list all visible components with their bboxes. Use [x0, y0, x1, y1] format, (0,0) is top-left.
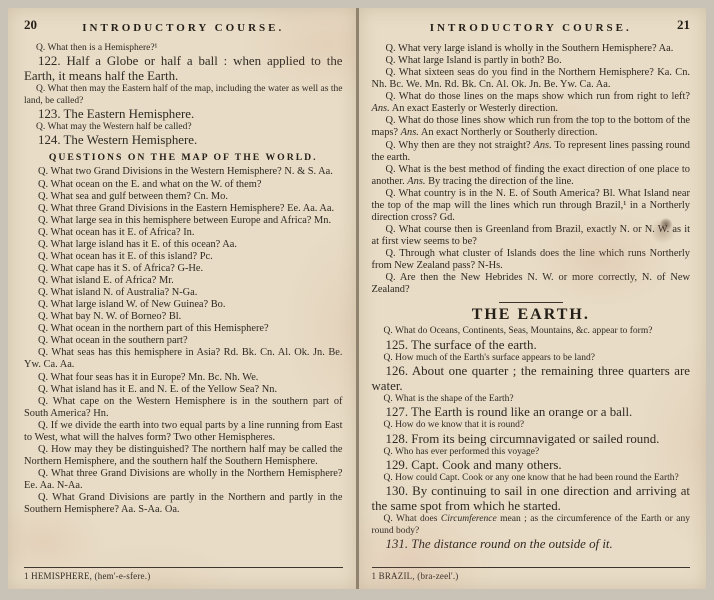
question: Q. What seas has this hemisphere in Asia…	[24, 347, 343, 371]
question: Q. What is the best method of finding th…	[372, 164, 691, 188]
answer: 127. The Earth is round like an orange o…	[372, 405, 691, 420]
question-small: Q. What do Oceans, Continents, Seas, Mou…	[372, 326, 691, 337]
question: Q. What three Grand Divisions are wholly…	[24, 468, 343, 492]
book-scan: 20 INTRODUCTORY COURSE. Q. What then is …	[0, 0, 714, 600]
question: Q. How may they be distinguished? The no…	[24, 444, 343, 468]
divider	[499, 302, 563, 303]
page-right: INTRODUCTORY COURSE. 21 Q. What very lar…	[359, 8, 707, 589]
question: Q. What three Grand Divisions in the Eas…	[24, 203, 343, 215]
footnote: 1 BRAZIL, (bra-zeel'.)	[372, 567, 691, 581]
question-small: Q. How do we know that it is round?	[372, 420, 691, 431]
page-left: 20 INTRODUCTORY COURSE. Q. What then is …	[8, 8, 356, 589]
question-small: Q. Who has ever performed this voyage?	[372, 447, 691, 458]
question: Q. What four seas has it in Europe? Mn. …	[24, 372, 343, 384]
question: Q. What island N. of Australia? N-Ga.	[24, 287, 343, 299]
question: Q. What large sea in this hemisphere bet…	[24, 215, 343, 227]
page-body: Q. What very large island is wholly in t…	[372, 43, 691, 581]
question: Q. What ocean has it E. of this island? …	[24, 251, 343, 263]
question: Q. What large Island is partly in both? …	[372, 55, 691, 67]
answer: 130. By continuing to sail in one direct…	[372, 484, 691, 514]
question: Q. What bay N. W. of Borneo? Bl.	[24, 311, 343, 323]
question: Q. What Grand Divisions are partly in th…	[24, 492, 343, 516]
question-small: Q. How could Capt. Cook or any one know …	[372, 473, 691, 484]
question-small: Q. What then is a Hemisphere?¹	[24, 43, 343, 54]
question: Q. What very large island is wholly in t…	[372, 43, 691, 55]
question-small: Q. What may the Western half be called?	[24, 122, 343, 133]
question: Q. What island E. of Africa? Mr.	[24, 275, 343, 287]
footnote: 1 HEMISPHERE, (hem'-e-sfere.)	[24, 567, 343, 581]
answer: 129. Capt. Cook and many others.	[372, 458, 691, 473]
answer: 123. The Eastern Hemisphere.	[24, 107, 343, 122]
question: Q. What do those lines show which run fr…	[372, 115, 691, 139]
page-number: 21	[677, 17, 690, 33]
answer: 126. About one quarter ; the remaining t…	[372, 364, 691, 394]
question: Q. Why then are they not straight? Ans. …	[372, 140, 691, 164]
page-body: Q. What then is a Hemisphere?¹122. Half …	[24, 43, 343, 581]
section-heading: QUESTIONS ON THE MAP OF THE WORLD.	[24, 152, 343, 163]
question: Q. Are then the New Hebrides N. W. or mo…	[372, 272, 691, 296]
question-small: Q. What then may the Eastern half of the…	[24, 84, 343, 107]
page-number: 20	[24, 17, 37, 33]
running-head: INTRODUCTORY COURSE.	[82, 22, 284, 34]
question: Q. What sea and gulf between them? Cn. M…	[24, 191, 343, 203]
question: Q. What ocean on the E. and what on the …	[24, 179, 343, 191]
question: Q. What course then is Greenland from Br…	[372, 224, 691, 248]
question: Q. What cape has it S. of Africa? G-He.	[24, 263, 343, 275]
question: Q. What ocean in the northern part of th…	[24, 323, 343, 335]
answer: 128. From its being circumnavigated or s…	[372, 432, 691, 447]
page-header: INTRODUCTORY COURSE. 21	[372, 18, 691, 34]
question: Q. What ocean in the southern part?	[24, 335, 343, 347]
question: Q. What country is in the N. E. of South…	[372, 188, 691, 224]
page-header: 20 INTRODUCTORY COURSE.	[24, 18, 343, 34]
question: Q. What sixteen seas do you find in the …	[372, 67, 691, 91]
answer: 125. The surface of the earth.	[372, 338, 691, 353]
question: Q. What large island has it E. of this o…	[24, 239, 343, 251]
question-small: Q. How much of the Earth's surface appea…	[372, 353, 691, 364]
answer: 124. The Western Hemisphere.	[24, 133, 343, 148]
chapter-heading: THE EARTH.	[372, 306, 691, 324]
answer: 122. Half a Globe or half a ball : when …	[24, 54, 343, 84]
question: Q. What island has it E. and N. E. of th…	[24, 384, 343, 396]
question-small: Q. What does Circumference mean ; as the…	[372, 514, 691, 537]
running-head: INTRODUCTORY COURSE.	[430, 22, 632, 34]
question: Q. If we divide the earth into two equal…	[24, 420, 343, 444]
question-small: Q. What is the shape of the Earth?	[372, 394, 691, 405]
question: Q. What cape on the Western Hemisphere i…	[24, 396, 343, 420]
question: Q. What ocean has it E. of Africa? In.	[24, 227, 343, 239]
question: Q. What do those lines on the maps show …	[372, 91, 691, 115]
question: Q. What two Grand Divisions in the Weste…	[24, 166, 343, 178]
question: Q. Through what cluster of Islands does …	[372, 248, 691, 272]
book-spread: 20 INTRODUCTORY COURSE. Q. What then is …	[8, 8, 706, 589]
answer-italic: 131. The distance round on the outside o…	[372, 537, 691, 552]
question: Q. What large island W. of New Guinea? B…	[24, 299, 343, 311]
